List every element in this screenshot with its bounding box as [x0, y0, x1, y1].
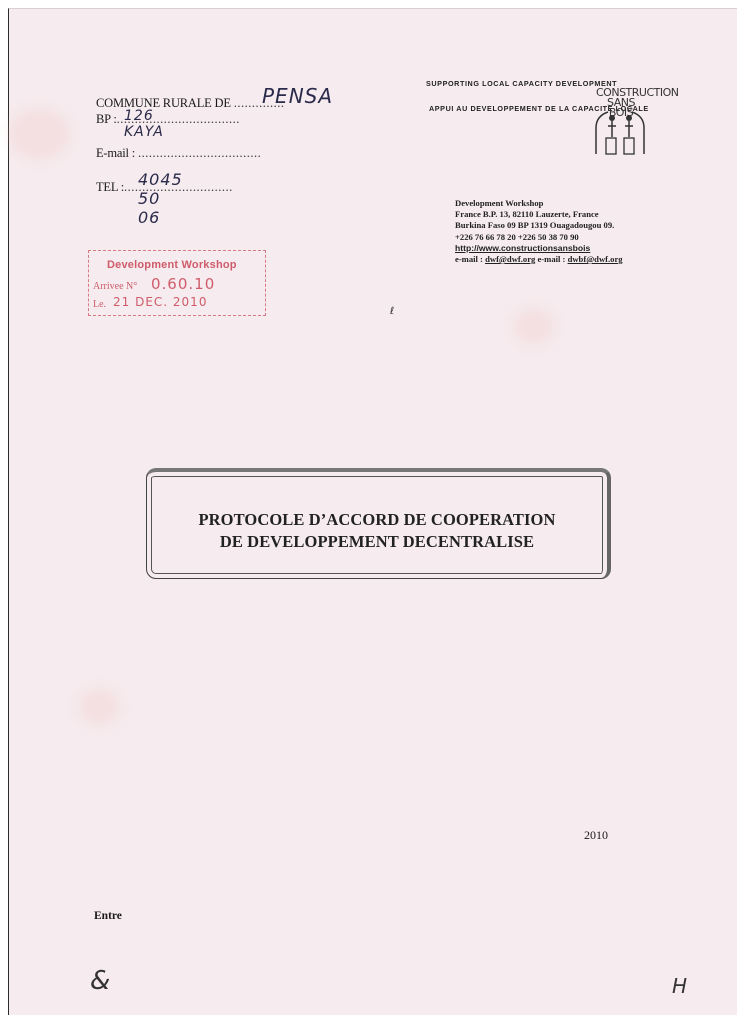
stamp-date-value: 21 DEC. 2010 [113, 295, 207, 309]
entre-label: Entre [94, 910, 122, 922]
website-link[interactable]: http://www.constructionsansbois [455, 243, 623, 254]
handwritten-mark: ℓ [390, 306, 394, 317]
initials-left-signature: & [90, 966, 110, 996]
stain [79, 689, 119, 724]
commune-value: PENSA [262, 84, 333, 108]
stamp-arrival-label: Arrivee N° [93, 281, 137, 292]
address-line: +226 76 66 78 20 +226 50 38 70 90 [455, 232, 623, 243]
email-link-2[interactable]: dwbf@dwf.org [568, 254, 623, 264]
org-address: Development Workshop France B.P. 13, 821… [455, 198, 623, 265]
tel-label: TEL : [96, 180, 124, 194]
document-title-box: PROTOCOLE D’ACCORD DE COOPERATION DE DEV… [146, 468, 611, 579]
stamp-date-label: Le. [93, 299, 106, 310]
bp-label: BP : [96, 112, 117, 126]
fill-dots: .................................. [138, 146, 261, 160]
bp-value: 126 KAYA [124, 108, 164, 140]
address-line: Development Workshop [455, 198, 623, 209]
email-row: E-mail : ...............................… [96, 146, 261, 161]
address-line: Burkina Faso 09 BP 1319 Ouagadougou 09. [455, 220, 623, 231]
construction-sans-bois-logo-icon: CONSTRUCTION SANS BOIS [588, 88, 652, 156]
tagline-en: Supporting local capacity development [426, 79, 617, 88]
tel-value: 4045 50 06 [138, 170, 183, 227]
stamp-arrival-value: 0.60.10 [151, 275, 215, 293]
email-label-1: e-mail : [455, 254, 483, 264]
email-link-1[interactable]: dwf@dwf.org [485, 254, 535, 264]
document-year: 2010 [584, 828, 608, 843]
title-line-1: PROTOCOLE D’ACCORD DE COOPERATION [147, 510, 607, 530]
title-line-2: DE DEVELOPPEMENT DECENTRALISE [147, 532, 607, 552]
address-line: France B.P. 13, 82110 Lauzerte, France [455, 209, 623, 220]
bp-row: BP :.................................. [96, 112, 240, 127]
stain [9, 109, 69, 159]
initials-right-signature: H [672, 974, 687, 998]
email-label: E-mail : [96, 146, 135, 160]
email-line: e-mail : dwf@dwf.org e-mail : dwbf@dwf.o… [455, 254, 623, 265]
stamp-title: Development Workshop [107, 259, 237, 271]
stain [514, 309, 554, 344]
logo-figures-icon [588, 88, 652, 156]
email-label-2: e-mail : [537, 254, 565, 264]
arrival-stamp: Development Workshop Arrivee N° 0.60.10 … [88, 250, 266, 316]
